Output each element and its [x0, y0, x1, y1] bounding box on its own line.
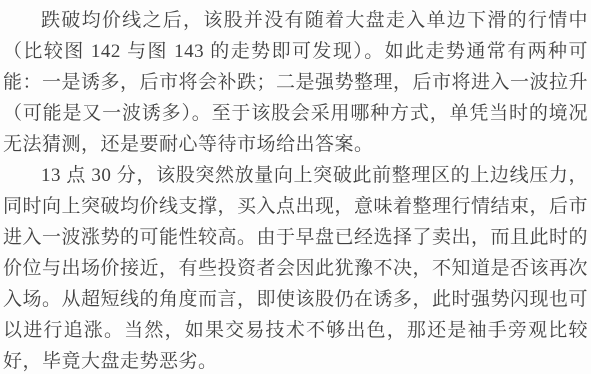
paragraph-trend-analysis: 跌破均价线之后，该股并没有随着大盘走入单边下滑的行情中（比较图 142 与图 1… — [3, 5, 588, 160]
book-page: 跌破均价线之后，该股并没有随着大盘走入单边下滑的行情中（比较图 142 与图 1… — [0, 0, 591, 374]
paragraph-breakout-1330: 13 点 30 分，该股突然放量向上突破此前整理区的上边线压力，同时向上突破均价… — [3, 160, 588, 374]
